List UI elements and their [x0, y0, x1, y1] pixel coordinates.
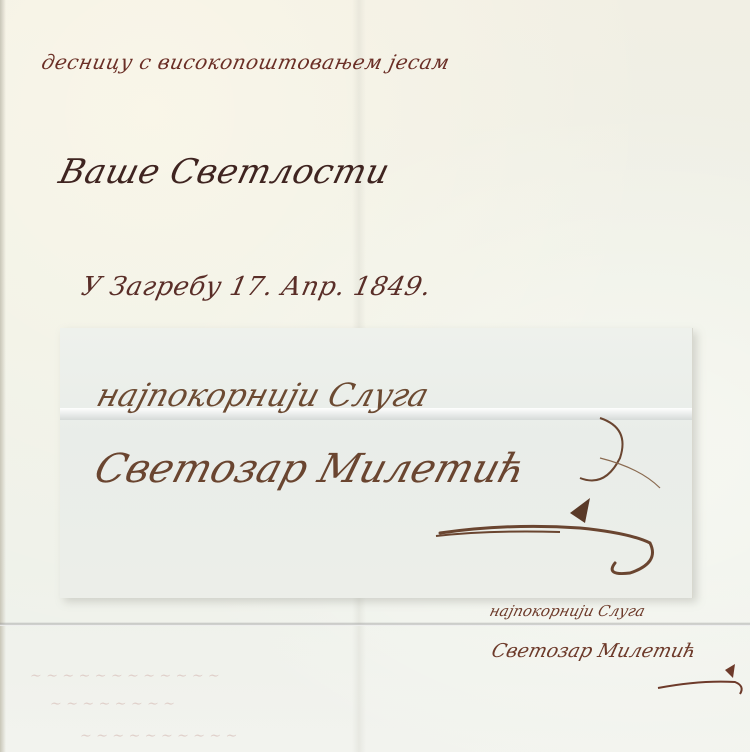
bleed-through-text: ~ ~ ~ ~ ~ ~ ~ ~ ~ ~ ~ ~ [29, 668, 222, 684]
closing-line: десницу с високопоштовањем јесам [39, 50, 452, 74]
letter-page: десницу с високопоштовањем јесам Ваше Св… [0, 0, 750, 752]
bleed-through-text: ~ ~ ~ ~ ~ ~ ~ ~ ~ ~ [79, 728, 239, 744]
original-signature-line-2: Светозар Милетић [489, 640, 698, 662]
signature-enlarged-inset: најпокорнији Слуга Светозар Милетић [60, 328, 693, 598]
salutation-line: Ваше Светлости [55, 152, 394, 192]
original-signature-flourish-icon [640, 660, 750, 700]
place-date-line: У Загребу 17. Апр. 1849. [79, 272, 434, 302]
horizontal-fold-crease [0, 622, 750, 626]
original-signature-line-1: најпокорнији Слуга [488, 602, 647, 620]
paper-edge-shadow [0, 0, 6, 752]
bleed-through-text: ~ ~ ~ ~ ~ ~ ~ ~ [49, 696, 177, 712]
signature-flourish-icon [60, 328, 692, 598]
